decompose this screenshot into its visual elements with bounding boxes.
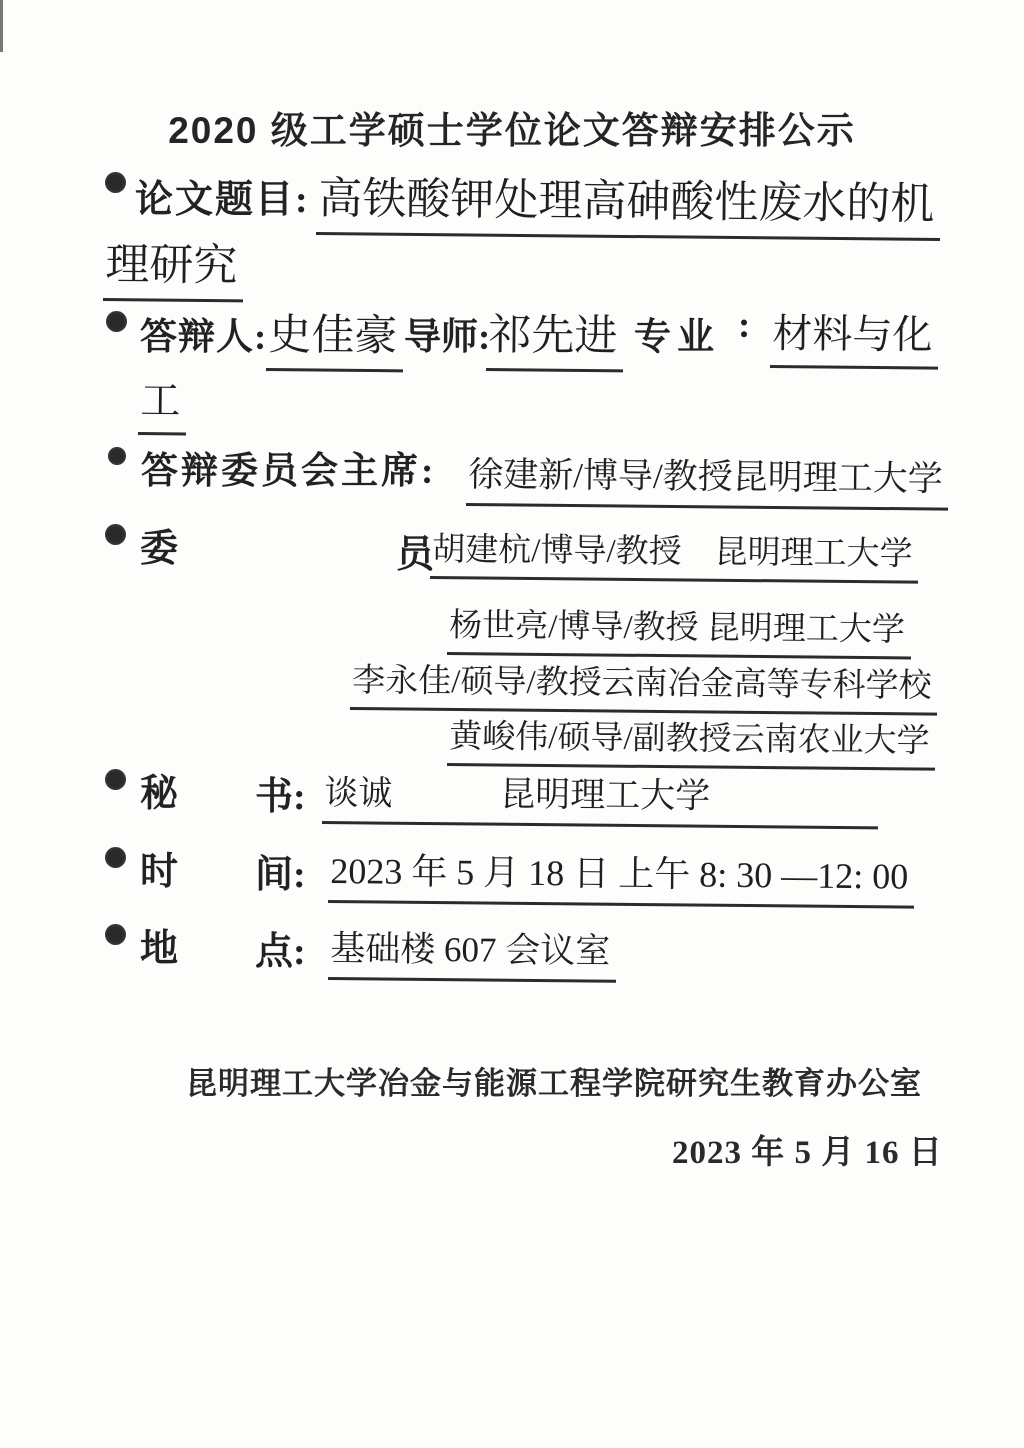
committee-member: 黄峻伟/硕导/副教授云南农业大学 [447, 710, 936, 771]
location-label-dian: 点: [255, 920, 306, 975]
defender-label: 答辩人: [140, 306, 267, 360]
supervisor-label: 导师: [404, 306, 490, 360]
scanned-document-page: 2020 级工学硕士学位论文答辩安排公示 论文题目: 高铁酸钾处理高砷酸性废水的… [0, 0, 1024, 1448]
supervisor-name: 祁先进 [486, 301, 624, 372]
bullet-icon [105, 769, 126, 790]
secretary-label-shu: 书: [255, 765, 306, 820]
thesis-title-line2: 理研究 [103, 228, 244, 302]
bullet-icon [106, 311, 127, 332]
committee-label-yuan: 员 [396, 523, 434, 578]
time-label-jian: 间: [255, 843, 306, 898]
committee-member: 李永佳/硕导/教授云南冶金高等专科学校 [350, 654, 938, 716]
major-label: 专业 [634, 306, 720, 360]
secretary-affiliation: 昆明理工大学 [500, 775, 710, 816]
bullet-icon [105, 524, 126, 545]
thesis-title-line1: 高铁酸钾处理高砷酸性废水的机 [316, 162, 941, 241]
major-value-line2: 工 [138, 369, 187, 435]
issue-date: 2023 年 5 月 16 日 [672, 1126, 943, 1173]
location-value: 基础楼 607 会议室 [328, 921, 617, 983]
major-value-line1: 材料与化 [770, 302, 939, 370]
scan-edge-artifact [0, 0, 3, 52]
office-signature: 昆明理工大学冶金与能源工程学院研究生教育办公室 [186, 1058, 922, 1103]
major-colon: : [738, 304, 750, 347]
committee-member: 杨世亮/博导/教授 昆明理工大学 [447, 599, 911, 659]
secretary-label-mi: 秘 [140, 762, 178, 817]
time-value: 2023 年 5 月 18 日 上午 8: 30 —12: 00 [328, 843, 915, 909]
defender-name: 史佳豪 [266, 301, 404, 372]
location-label-di: 地 [140, 917, 178, 972]
bullet-icon [108, 447, 126, 465]
bullet-icon [105, 172, 126, 193]
thesis-label: 论文题目: [135, 168, 310, 223]
secretary-line: 谈诚昆明理工大学 [322, 765, 879, 829]
chair-value: 徐建新/博导/教授昆明理工大学 [466, 447, 949, 511]
secretary-name: 谈诚 [324, 775, 392, 813]
time-label-shi: 时 [140, 840, 178, 895]
page-title: 2020 级工学硕士学位论文答辩安排公示 [0, 100, 1024, 154]
chair-label: 答辩委员会主席: [141, 440, 436, 494]
committee-member: 胡建杭/博导/教授 昆明理工大学 [430, 523, 919, 584]
committee-label-wei: 委 [140, 517, 178, 572]
bullet-icon [105, 924, 126, 945]
bullet-icon [105, 847, 126, 868]
